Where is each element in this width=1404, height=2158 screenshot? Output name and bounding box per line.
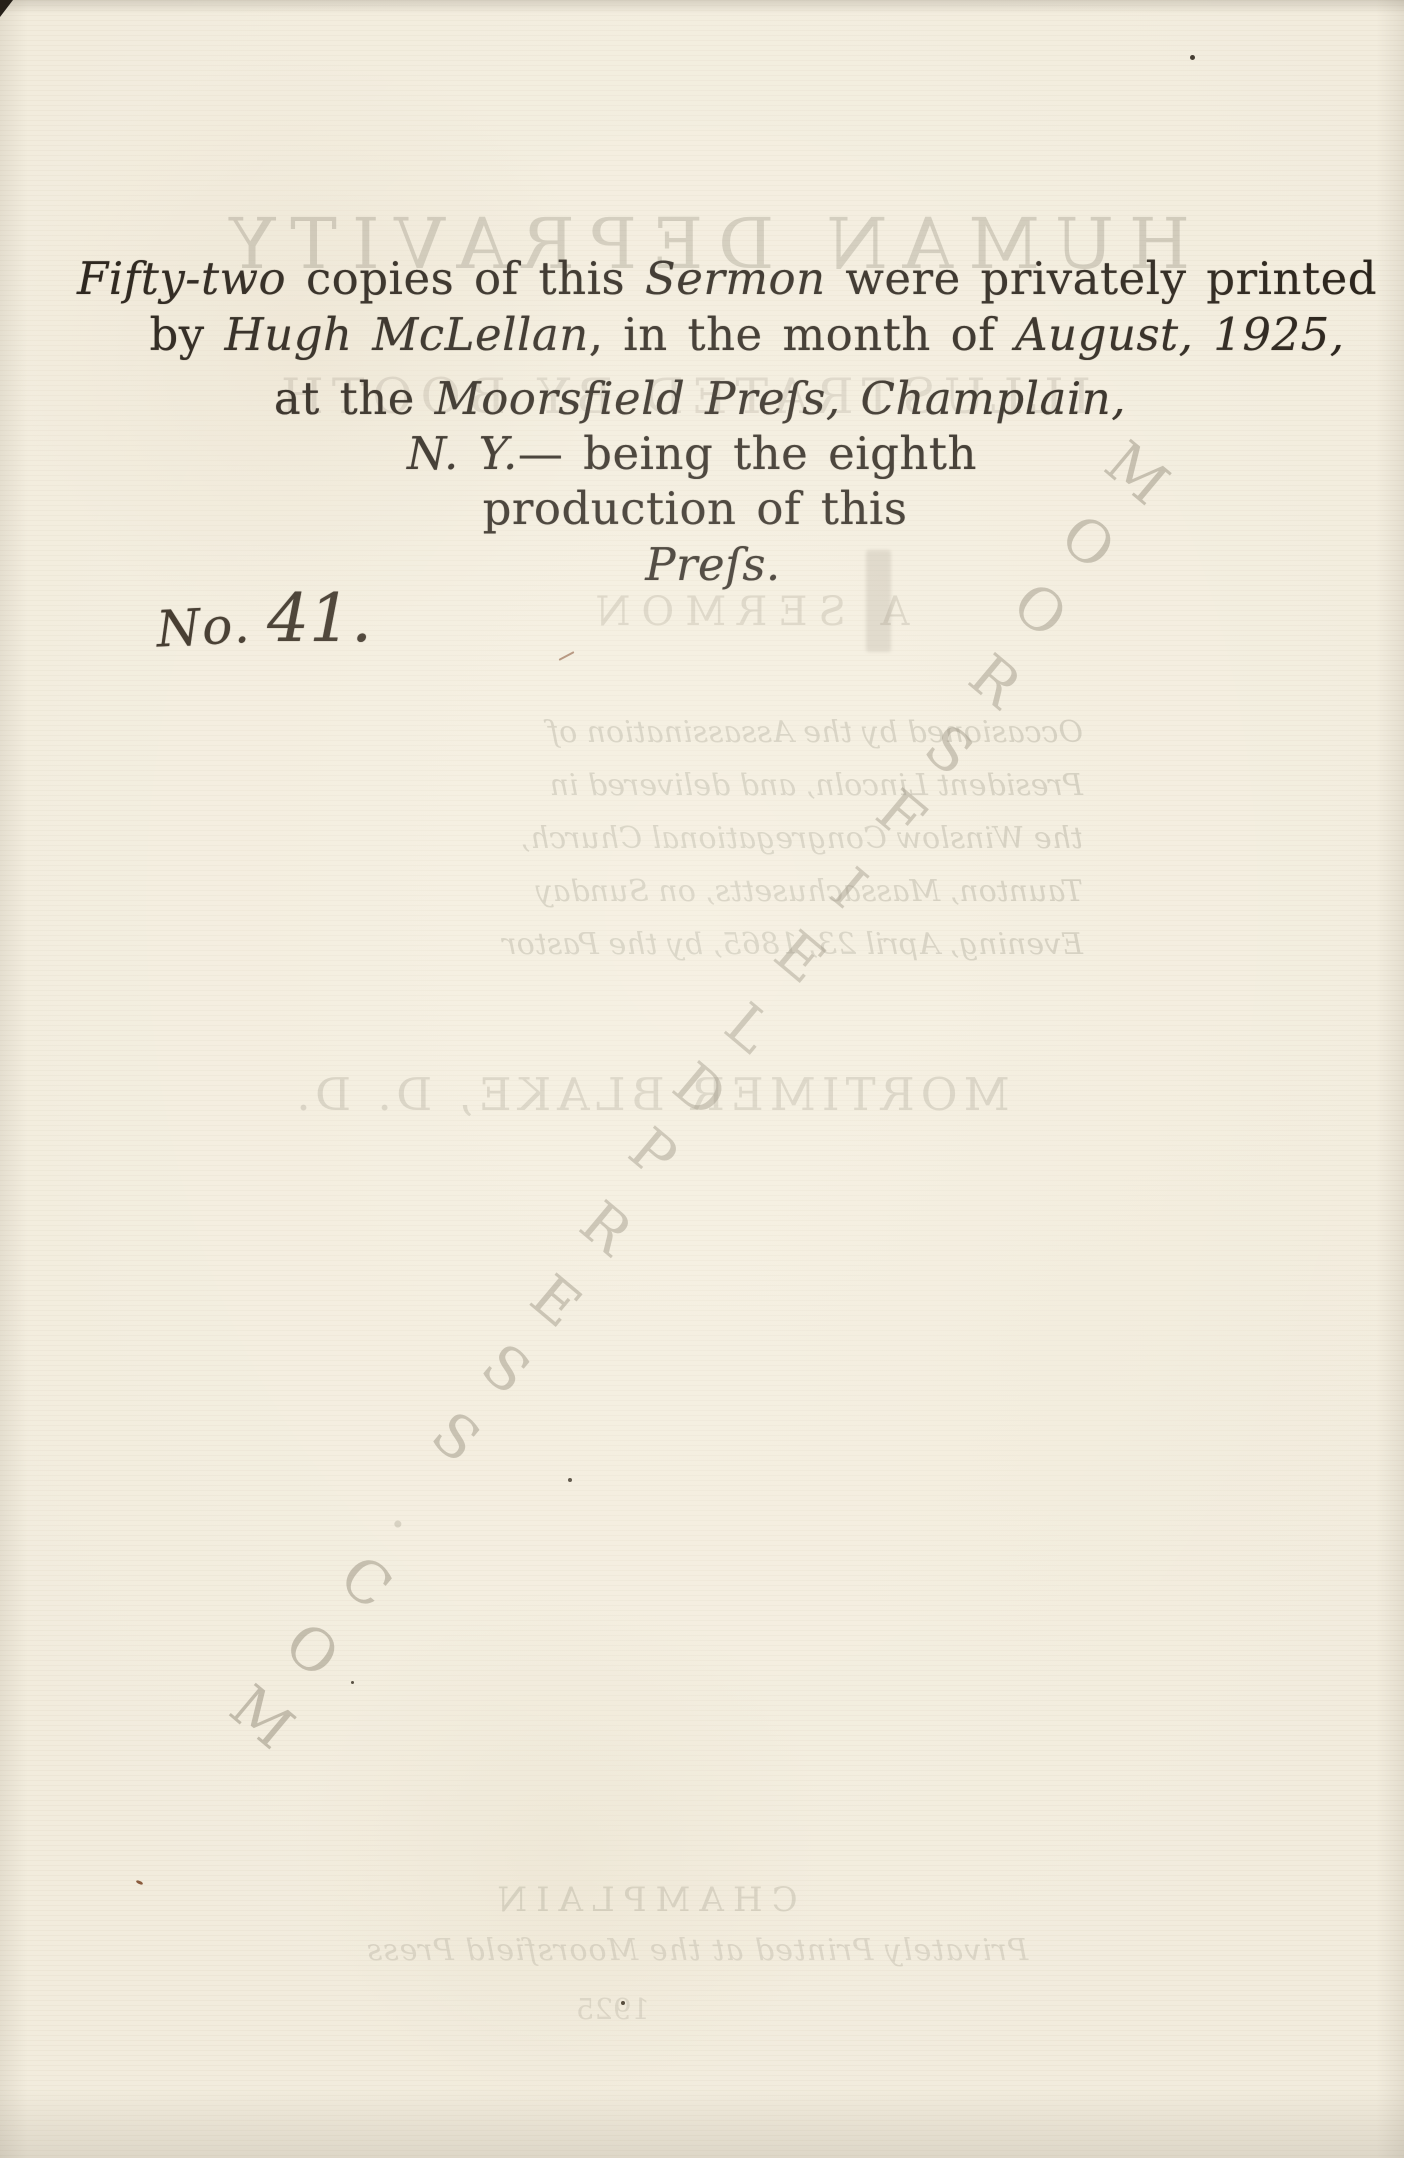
colophon-text-segment: August, 1925, — [1015, 308, 1344, 361]
copy-number: No.41. — [154, 574, 374, 662]
colophon-line-2: by Hugh McLellan, in the month of August… — [45, 308, 1404, 361]
limitation-statement: Fifty-two copies of this Sermon were pri… — [0, 0, 1404, 2158]
colophon-text-segment: Fifty-two — [77, 252, 286, 305]
colophon-line-4: N. Y.— being the eighth — [0, 427, 1394, 480]
paper-speck — [568, 1478, 572, 1482]
colophon-text-segment: production of this — [483, 482, 908, 535]
colophon-text-segment: copies of this — [286, 252, 645, 305]
colophon-text-segment: were privately printed — [826, 252, 1377, 305]
colophon-line-5: production of this — [0, 482, 1397, 535]
colophon-text-segment: Preſs. — [645, 538, 780, 591]
paper-speck — [351, 1681, 354, 1684]
copy-number-label: No. — [155, 596, 253, 659]
colophon-text-segment: Sermon — [645, 252, 826, 305]
paper-speck — [1190, 55, 1195, 60]
colophon-text-segment: at the — [274, 372, 435, 425]
colophon-text-segment: Moorsfield Preſs, Champlain, — [435, 372, 1126, 425]
scanned-book-page: HUMAN DEPRAVITY ILLUSTRATED BY BOOTH A S… — [0, 0, 1404, 2158]
colophon-text-segment: by — [149, 308, 224, 361]
copy-number-value: 41. — [267, 580, 372, 657]
paper-speck — [621, 2001, 625, 2005]
colophon-line-3: at the Moorsfield Preſs, Champlain, — [0, 372, 1402, 425]
colophon-text-segment: , in the month of — [589, 308, 1015, 361]
colophon-line-1: Fifty-two copies of this Sermon were pri… — [25, 252, 1404, 305]
colophon-text-segment: — being the eighth — [518, 427, 977, 480]
colophon-text-segment: Hugh McLellan — [224, 308, 588, 361]
colophon-text-segment: N. Y. — [407, 427, 518, 480]
